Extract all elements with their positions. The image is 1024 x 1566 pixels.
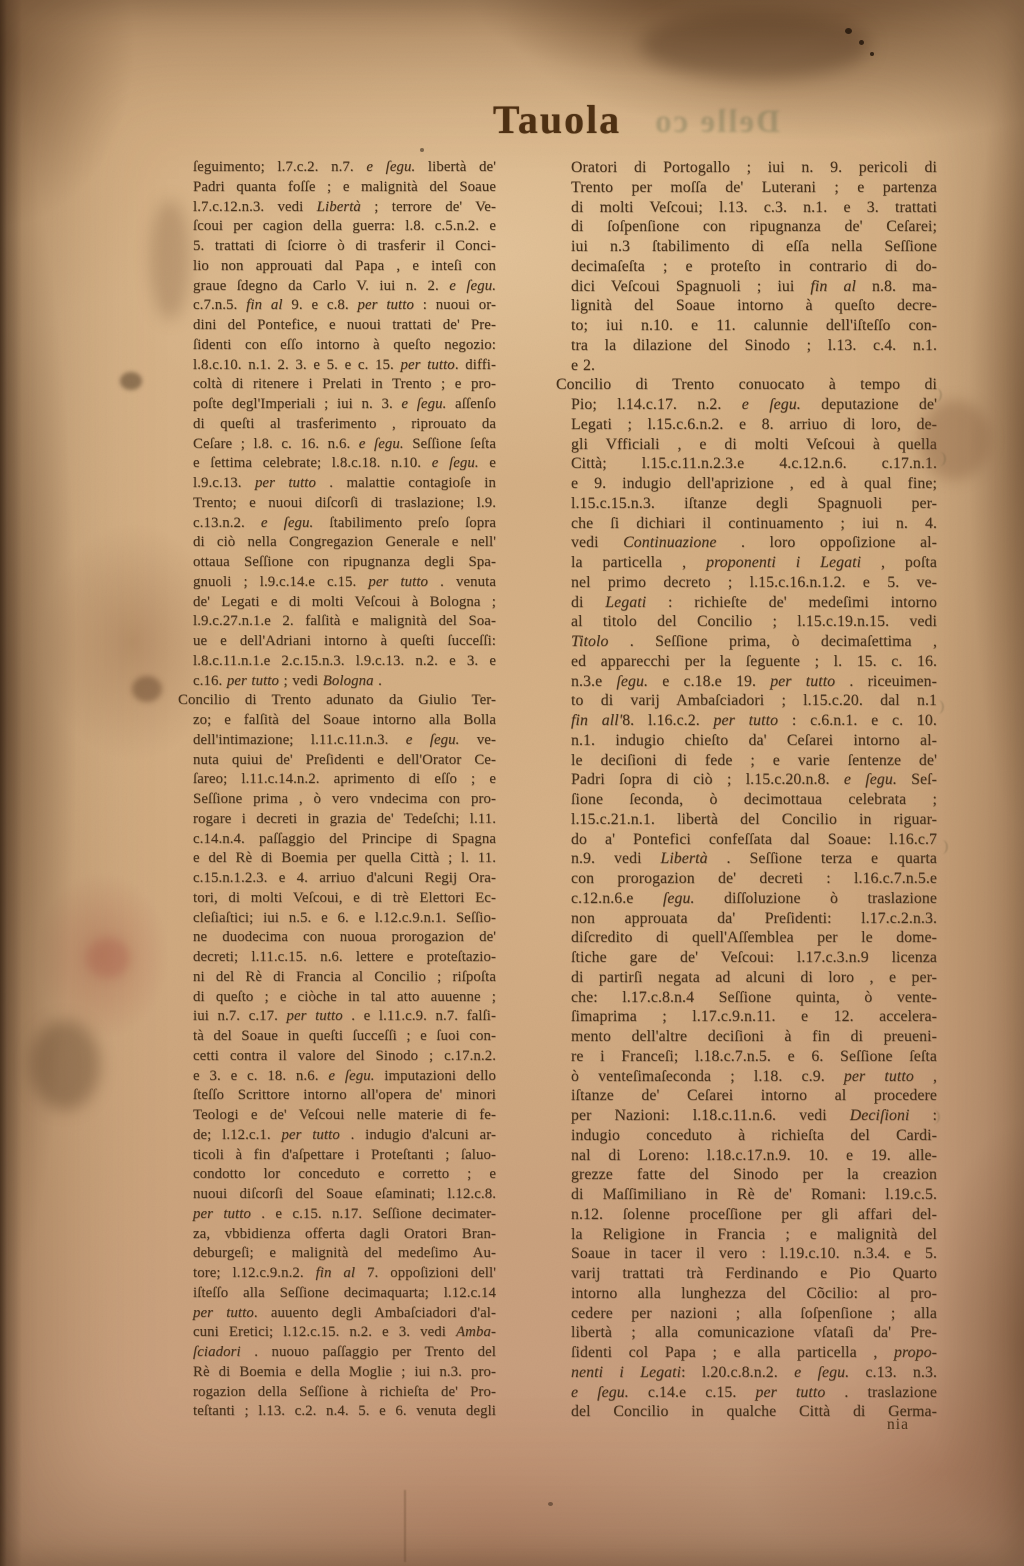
text-line: ſimaprima ; l.17.c.9.n.11. e 12. acceler… [556, 1007, 937, 1027]
text-line: grezze fatte del Sinodo per la creazion [556, 1165, 937, 1185]
text-line: e 2. [556, 356, 937, 376]
text-line: c.15.n.1.2.3. e 4. arriuo d'alcuni Regij… [178, 869, 496, 889]
text-line: re i Franceſi; l.18.c.7.n.5. e 6. Seſſio… [556, 1047, 937, 1067]
text-line: n.9. vedi Libertà . Seſſione terza e qua… [556, 849, 937, 869]
text-line: poſte degl'Imperiali ; iui n. 3. e ſegu.… [178, 395, 496, 415]
text-line: diſcredito di quell'Aſſemblea per le dom… [556, 928, 937, 948]
text-line: n.1. indugio chieſto da' Ceſarei intorno… [556, 731, 937, 751]
text-line: dell'intimazione; l.11.c.11.n.3. e ſegu.… [178, 731, 496, 751]
text-line: ſione ſeconda, ò decimottaua celebrata ; [556, 790, 937, 810]
text-line: ſeguimento; l.7.c.2. n.7. e ſegu. libert… [178, 158, 496, 178]
text-line: tra la dilazione del Sinodo ; l.13. c.4.… [556, 336, 937, 356]
text-line: l.8.c.11.n.1.e 2.c.15.n.3. l.9.c.13. n.2… [178, 652, 496, 672]
text-line: ni del Rè di Francia al Concilio ; riſpo… [178, 968, 496, 988]
text-line: do a' Pontefici confeſſata dal Soaue: l.… [556, 830, 937, 850]
text-line: ue e dell'Adriani intorno à queſti ſucce… [178, 632, 496, 652]
text-line: c.7.n.5. fin al 9. e c.8. per tutto : nu… [178, 296, 496, 316]
book-page: Delle co Tauola ſeguimento; l.7.c.2. n.7… [0, 0, 1024, 1566]
text-line: l.8.c.10. n.1. 2. 3. e 5. e c. 15. per t… [178, 356, 496, 376]
left-column: ſeguimento; l.7.c.2. n.7. e ſegu. libert… [178, 158, 496, 1422]
text-line: Padri ſopra di ciò ; l.15.c.20.n.8. e ſe… [556, 770, 937, 790]
text-line: de' Legati e di molti Veſcoui à Bologna … [178, 593, 496, 613]
text-line: decimaſeſta ; e proteſto in contrario di… [556, 257, 937, 277]
text-line: to; iui n.10. e 11. calunnie dell'iſteſſ… [556, 316, 937, 336]
text-line: varij trattati trà Ferdinando e Pio Quar… [556, 1264, 937, 1284]
text-line: dici Veſcoui Spagnuoli ; iui fin al n.8.… [556, 277, 937, 297]
index-entry: Concilio di Trento adunato da Giulio Ter… [178, 691, 496, 1422]
text-line: di partirſi negata ad alcuni di loro , e… [556, 968, 937, 988]
text-line: intorno alla lunghezza del Cõcilio: al p… [556, 1284, 937, 1304]
text-line: le deciſioni di fede ; e varie ſentenze … [556, 751, 937, 771]
text-line: Trento per moſſa de' Luterani ; e parten… [556, 178, 937, 198]
text-line: n.12. ſolenne proceſſione per gli affari… [556, 1205, 937, 1225]
text-line: Città; l.15.c.11.n.2.3.e 4.c.12.n.6. c.1… [556, 454, 937, 474]
text-line: teſtanti ; l.13. c.2. n.4. 5. e 6. venut… [178, 1402, 496, 1422]
text-line: decreti; l.11.c.15. n.6. lettere e prote… [178, 948, 496, 968]
ink-speck [845, 28, 852, 34]
text-line: al titolo del Concilio ; l.15.c.19.n.15.… [556, 612, 937, 632]
text-line: e del Rè di Boemia per quella Città ; l.… [178, 849, 496, 869]
ink-speck [859, 40, 864, 45]
text-line: cedere per nazioni ; alla ſoſpenſione ; … [556, 1304, 937, 1324]
text-line: per tutto. auuento degli Ambaſciadori d'… [178, 1304, 496, 1324]
text-line: tà del Soaue in queſti ſucceſſi ; e ſuoi… [178, 1027, 496, 1047]
text-line: ticoli à fin d'aſpettare i Proteſtanti ;… [178, 1146, 496, 1166]
text-line: e ſettima celebrate; l.8.c.18. n.10. e ſ… [178, 454, 496, 474]
text-line: di ſoſpenſione con ripugnanza de' Ceſare… [556, 217, 937, 237]
text-line: graue ſdegno da Carlo V. iui n. 2. e ſeg… [178, 277, 496, 297]
text-line: tori, di molti Veſcoui, e di trè Elettor… [178, 889, 496, 909]
page-title: Tauola [178, 96, 936, 143]
text-line: l.15.c.15.n.3. iſtanze degli Spagnuoli p… [556, 494, 937, 514]
text-line: zo; e falſità del Soaue intorno alla Bol… [178, 711, 496, 731]
text-line: cetti contra il valore del Sinodo ; c.17… [178, 1047, 496, 1067]
text-line: Titolo . Seſſione prima, ò decimaſettima… [556, 632, 937, 652]
text-line: Teologi e de' Veſcoui nelle materie di f… [178, 1106, 496, 1126]
text-line: gnuoli ; l.9.c.14.e c.15. per tutto . ve… [178, 573, 496, 593]
text-line: coltà di ritenere i Prelati in Trento ; … [178, 375, 496, 395]
ink-speck [870, 52, 874, 56]
index-entry: Concilio di Trento conuocato à tempo diP… [556, 375, 937, 1422]
text-line: l.9.c.13. per tutto . malattie contagioſ… [178, 474, 496, 494]
text-line: di queſti al trasferimento , riprouato d… [178, 415, 496, 435]
text-line: rogare i decreti in grazia de' Tedeſchi;… [178, 810, 496, 830]
text-line: che: l.17.c.8.n.4 Seſſione quinta, ò ven… [556, 988, 937, 1008]
text-line: di queſto ; e ciòche in tal atto auuenne… [178, 988, 496, 1008]
text-line: la Religione in Francia ; e malignità de… [556, 1225, 937, 1245]
text-line: ſtiche gare de' Veſcoui: l.17.c.3.n.9 li… [556, 948, 937, 968]
text-line: fin all'8. l.16.c.2. per tutto : c.6.n.1… [556, 711, 937, 731]
text-line: Soaue in tacer il vero : l.19.c.10. n.3.… [556, 1244, 937, 1264]
stain [132, 676, 162, 702]
text-line: dini del Pontefice, e nuoui trattati de'… [178, 316, 496, 336]
text-line: e ſegu. c.14.e c.15. per tutto . traslaz… [556, 1383, 937, 1403]
text-line: ſciadori . nuouo paſſaggio per Trento de… [178, 1343, 496, 1363]
text-line: cleſiaſtici; iui n.5. e 6. e l.12.c.9.n.… [178, 909, 496, 929]
text-line: indugio conceduto à richieſta del Cardi- [556, 1126, 937, 1146]
text-line: l.15.c.21.n.1. libertà del Concilio in r… [556, 810, 937, 830]
text-line: ed apparecchi per la ſeguente ; l. 15. c… [556, 652, 937, 672]
text-line: di molti Veſcoui; l.13. c.3. n.1. e 3. t… [556, 198, 937, 218]
right-column: Oratori di Portogallo ; iui n. 9. perico… [556, 158, 937, 1422]
text-line: Seſſione prima , ò vero vndecima con pro… [178, 790, 496, 810]
text-line: iſteſſo alla Seſſione decimaquarta; l.12… [178, 1284, 496, 1304]
entry-continuation: ſeguimento; l.7.c.2. n.7. e ſegu. libert… [178, 158, 496, 691]
text-line: ſidenti col Papa ; e alla particella , p… [556, 1343, 937, 1363]
text-line: to di varij Ambaſciadori ; l.15.c.20. da… [556, 691, 937, 711]
text-line: libertà ; alla comunicazione vſataſi da'… [556, 1323, 937, 1343]
text-line: la particella , proponenti i Legati , po… [556, 553, 937, 573]
text-line: nal di Loreno: l.18.c.17.n.9. 10. e 19. … [556, 1146, 937, 1166]
text-line: Pio; l.14.c.17. n.2. e ſegu. deputazione… [556, 395, 937, 415]
text-line: c.12.n.6.e ſegu. diſſoluzione ò traslazi… [556, 889, 937, 909]
text-line: con prorogazion de' decreti : l.16.c.7.n… [556, 869, 937, 889]
text-line: ſcoui per cagion della guerra: l.8. c.5.… [178, 217, 496, 237]
text-line: e 3. e c. 18. n.6. e ſegu. imputazioni d… [178, 1067, 496, 1087]
stain [120, 372, 142, 390]
text-line: ne duodecima con nuoua prorogazion de' [178, 928, 496, 948]
text-line: Legati ; l.15.c.6.n.2. e 8. arriuo di lo… [556, 415, 937, 435]
text-line: di ciò nella Congregazion Generale e nel… [178, 533, 496, 553]
catchword: nia [858, 1416, 938, 1434]
text-line: nuoui diſcorſi del Soaue eſaminati; l.12… [178, 1185, 496, 1205]
text-line: Rè di Boemia e della Moglie ; iui n.3. p… [178, 1363, 496, 1383]
text-line: 5. trattati di ſciorre ò di trasferir il… [178, 237, 496, 257]
text-line: ſteſſo Scrittore intorno all'opera de' m… [178, 1086, 496, 1106]
text-line: de; l.12.c.1. per tutto . indugio d'alcu… [178, 1126, 496, 1146]
text-line: gli Vfficiali , e di molti Veſcoui à que… [556, 435, 937, 455]
text-line: mento dell'altre deciſioni à fin di preu… [556, 1027, 937, 1047]
text-line: iſtanze de' Ceſarei intorno al procedere [556, 1086, 937, 1106]
text-line: non approuata da' Preſidenti: l.17.c.2.n… [556, 909, 937, 929]
text-line: Oratori di Portogallo ; iui n. 9. perico… [556, 158, 937, 178]
text-line: nenti i Legati: l.20.c.8.n.2. e ſegu. c.… [556, 1363, 937, 1383]
text-line: vedi Continuazione . loro oppoſizione al… [556, 533, 937, 553]
text-line: c.16. per tutto ; vedi Bologna . [178, 672, 496, 692]
text-line: n.3.e ſegu. e c.18.e 19. per tutto . ric… [556, 672, 937, 692]
text-line: l.9.c.27.n.1.e 2. falſità e malignità de… [178, 612, 496, 632]
text-line: c.14.n.4. paſſaggio del Principe di Spag… [178, 830, 496, 850]
text-line: di Maſſimiliano in Rè de' Romani: l.19.c… [556, 1185, 937, 1205]
text-line: Concilio di Trento adunato da Giulio Ter… [178, 691, 496, 711]
text-line: per Nazioni: l.18.c.11.n.6. vedi Deciſio… [556, 1106, 937, 1126]
text-line: ſidenti con eſſo intorno à queſto negozi… [178, 336, 496, 356]
text-line: per tutto . e c.15. n.17. Seſſione decim… [178, 1205, 496, 1225]
text-line: deburgeſi; e malignità del medeſimo Au- [178, 1244, 496, 1264]
text-line: Trento; e nuoui diſcorſi di traslazione;… [178, 494, 496, 514]
text-line: Concilio di Trento conuocato à tempo di [556, 375, 937, 395]
ink-speck [420, 148, 424, 152]
stain [30, 1020, 100, 1110]
stain [640, 10, 870, 80]
stain [86, 938, 130, 978]
text-line: l.7.c.12.n.3. vedi Libertà ; terrore de'… [178, 198, 496, 218]
text-line: rogazion della Seſſione à richieſta de' … [178, 1383, 496, 1403]
text-line: tore; l.12.c.9.n.2. fin al 7. oppoſizion… [178, 1264, 496, 1284]
text-line: c.13.n.2. e ſegu. ſtabilimento preſo ſop… [178, 514, 496, 534]
text-line: nuta quiui de' Preſidenti e dell'Orator … [178, 751, 496, 771]
text-line: ottaua Seſſione con ripugnanza degli Spa… [178, 553, 496, 573]
text-line: ſareo; l.11.c.14.n.2. aprimento di eſſo … [178, 770, 496, 790]
text-line: iui n.3 ſtabilimento di eſſa nella Seſſi… [556, 237, 937, 257]
fold-line [404, 1490, 406, 1562]
text-line: di Legati : richieſte de' medeſimi intor… [556, 593, 937, 613]
text-line: Padri quanta foſſe ; e malignità del Soa… [178, 178, 496, 198]
text-line: che ſi dichiari il continuamento ; iui n… [556, 514, 937, 534]
text-line: iui n.7. c.17. per tutto . e l.11.c.9. n… [178, 1007, 496, 1027]
text-line: Ceſare ; l.8. c. 16. n.6. e ſegu. Seſſio… [178, 435, 496, 455]
text-line: cuni Eretici; l.12.c.15. n.2. e 3. vedi … [178, 1323, 496, 1343]
text-line: lignità del Soaue intorno à queſto decre… [556, 296, 937, 316]
text-line: nel primo decreto ; l.15.c.16.n.1.2. e 5… [556, 573, 937, 593]
text-line: lio non approuati dal Papa , e inteſi co… [178, 257, 496, 277]
entry-continuation: Oratori di Portogallo ; iui n. 9. perico… [556, 158, 937, 375]
text-line: e 9. indugio dell'aprizione , ed à qual … [556, 474, 937, 494]
showthrough-mark [936, 840, 948, 854]
text-line: condotto lor conceduto e corretto ; e [178, 1165, 496, 1185]
ink-speck [548, 1502, 553, 1506]
text-line: za, vbbidienza offerta dagli Oratori Bra… [178, 1225, 496, 1245]
text-line: ò venteſimaſeconda ; l.18. c.9. per tutt… [556, 1067, 937, 1087]
